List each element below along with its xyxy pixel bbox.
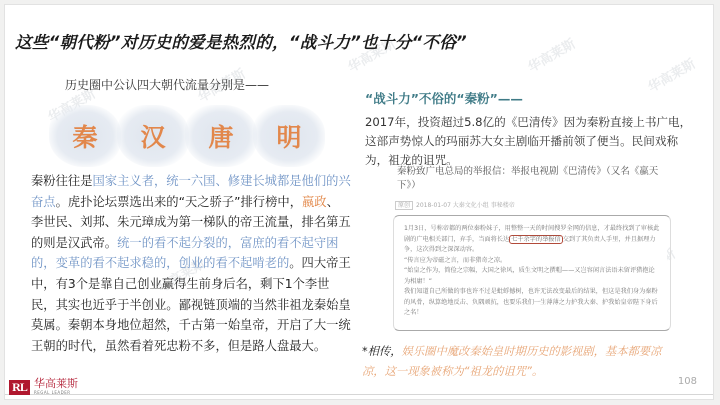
slide: 华高莱斯 华高莱斯 华高莱斯 华高莱斯 华高莱斯 华高莱斯 华高莱斯 这些“朝代… [4,4,714,400]
article-meta-text: 2018-01-07 大秦文化小组 事秘楼帝 [416,202,515,209]
page-number: 108 [678,376,697,387]
qin-fans-paragraph: 秦粉往往是国家主义者，统一六国、修建长城都是他们的兴奋点。虎扑论坛票选出来的“天… [31,171,351,356]
highlight-orange: 嬴政 [302,195,327,209]
dynasty-badge-ming: 明 [253,105,325,167]
dynasty-label: 汉 [140,118,165,154]
right-subtitle: “战斗力”不俗的“秦粉”—— [365,89,695,107]
logo-cn: 华高莱斯 [34,378,78,390]
article-tag: 原创 [395,201,413,210]
article-title: 秦粉致广电总局的举报信：举报电视剧《巴清传》（又名《嬴天下》） [395,165,667,193]
footnote-lead: *相传， [362,345,402,358]
text-run: 。四大帝王中，有3个是靠自己创业赢得生前身后名，剩下1个李世民，其实也近乎于半创… [31,256,351,352]
dynasty-label: 明 [276,118,301,154]
footnote: *相传，娱乐圈中魔改秦始皇时期历史的影视剧，基本都要凉凉，这一现象被称为“祖龙的… [362,342,682,382]
text-run: 。虎扑论坛票选出来的“天之骄子”排行榜中， [56,195,302,209]
highlight-box: 七千余字的举报信 [509,235,563,244]
article-screenshot: 秦粉致广电总局的举报信：举报电视剧《巴清传》（又名《嬴天下》） 原创2018-0… [395,165,667,340]
footnote-text: 娱乐圈中魔改秦始皇时期历史的影视剧，基本都要凉凉，这一现象被称为“祖龙的诅咒”。 [362,345,661,378]
dynasty-badges: 秦 汉 唐 明 [49,105,319,165]
article-line: “传言应为帝磁之言，而非猎奇之凉。 [404,256,660,267]
logo-en: REGAL LEADER [34,390,78,395]
logo-mark-icon: RL [9,380,30,395]
article-line: 我们知道自己所做的事也许不过是蚍蜉撼树，也许无法改变最后的结果，但这是我们身为秦… [404,287,660,319]
slide-title: 这些“朝代粉”对历史的爱是热烈的，“战斗力”也十分“不俗” [15,29,467,53]
dynasty-badge-han: 汉 [117,105,189,167]
footer-divider [5,394,713,395]
intro-text: 历史圈中公认四大朝代流量分别是—— [65,76,269,93]
article-line: 当面将长达 [478,236,509,243]
article-meta: 原创2018-01-07 大秦文化小组 事秘楼帝 [395,200,667,209]
dynasty-label: 唐 [208,118,233,154]
right-paragraph: 2017年，投资超过5.8亿的《巴清传》因为秦粉直接上书广电，这部声势惊人的玛丽… [365,113,695,170]
dynasty-badge-qin: 秦 [49,105,121,167]
watermark: 华高莱斯 [524,33,579,75]
text-run: 秦粉往往是 [31,174,93,188]
right-column: “战斗力”不俗的“秦粉”—— 2017年，投资超过5.8亿的《巴清传》因为秦粉直… [365,89,695,170]
logo-text: 华高莱斯 REGAL LEADER [34,378,78,395]
article-quote-box: 1月3日，号称帝都的两位秦粉妹子，用整整一天的时间搜罗全网的信息，才最终找到了审… [393,215,671,331]
article-line: “始皇之作为，简俭之宗幅，大国之徐风，质生文明之撰帽——又岂容闲言法语未留评猎抱… [404,266,660,287]
dynasty-badge-tang: 唐 [185,105,257,167]
brand-logo: RL 华高莱斯 REGAL LEADER [9,378,78,395]
dynasty-label: 秦 [72,118,97,154]
